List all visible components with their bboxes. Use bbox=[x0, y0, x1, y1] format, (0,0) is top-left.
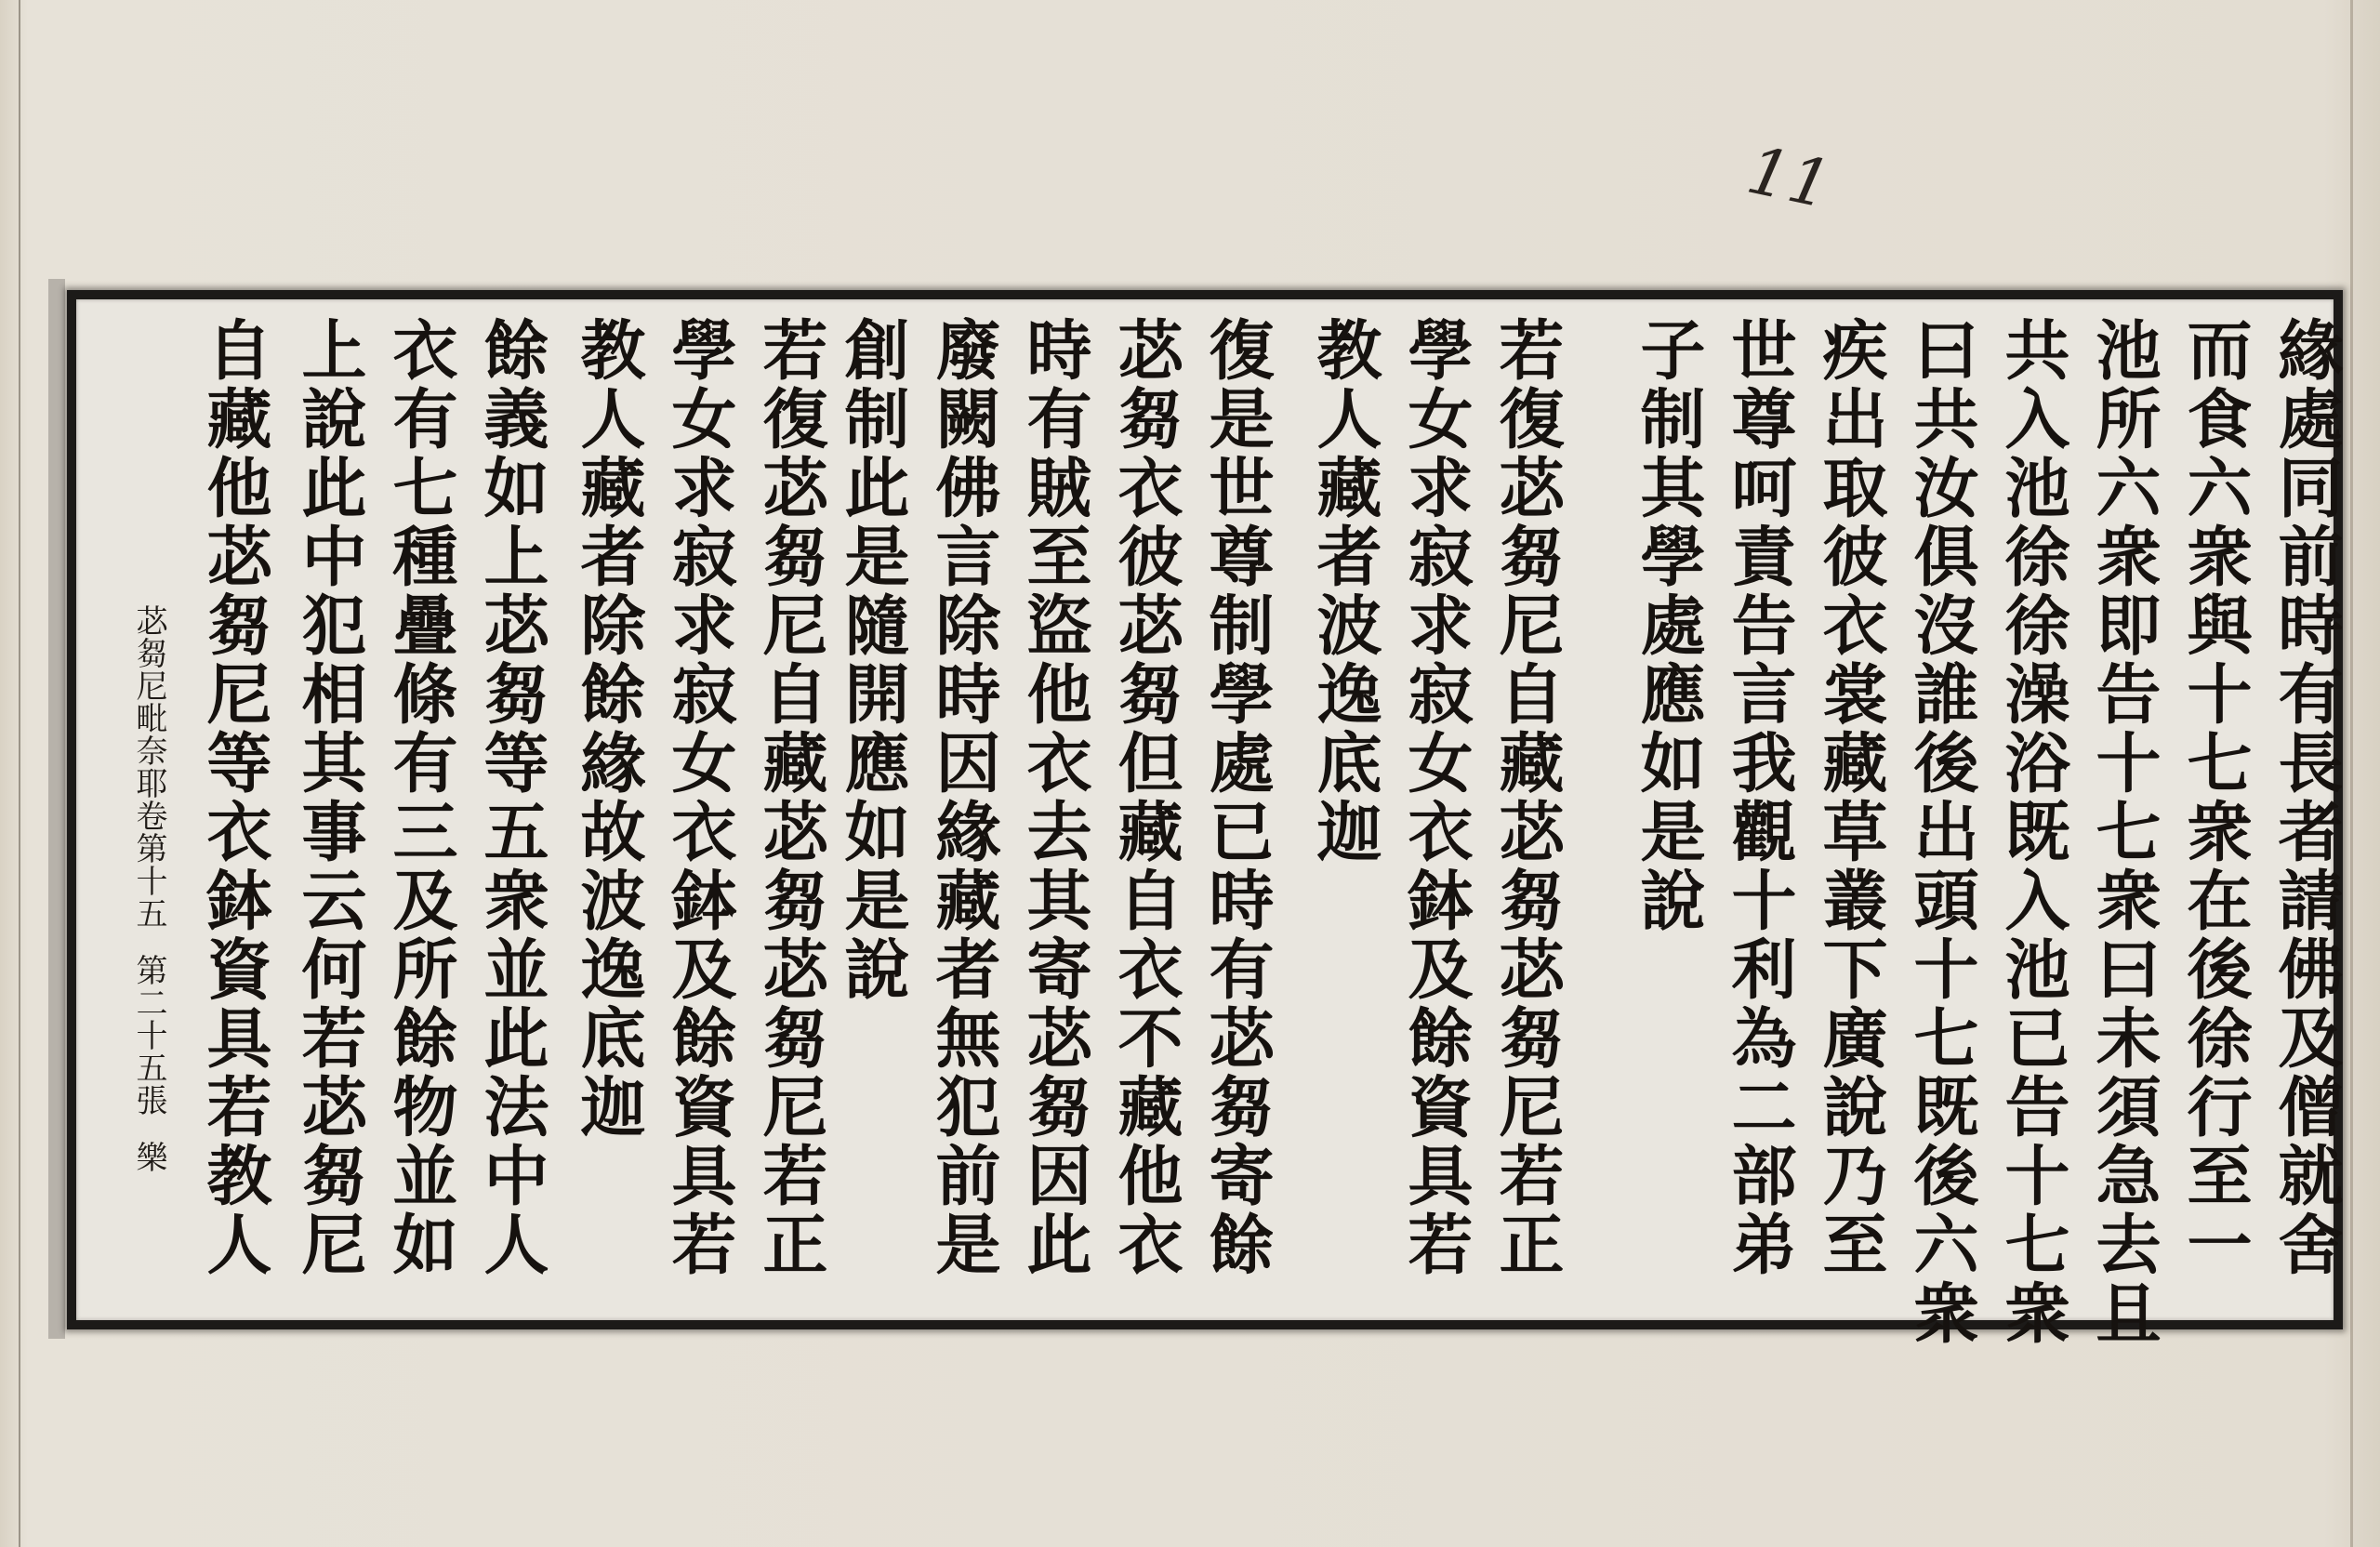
text-column: 教人藏者波逸底迦 bbox=[1307, 316, 1382, 866]
text-column: 餘義如上苾芻等五衆並此法中人 bbox=[474, 316, 549, 1279]
text-column: 共入池徐徐澡浴既入池已告十七衆 bbox=[1995, 316, 2069, 1348]
text-column: 自藏他苾芻尼等衣鉢資具若教人 bbox=[197, 316, 271, 1279]
text-column: 池所六衆即告十七衆曰未須急去且 bbox=[2086, 316, 2161, 1348]
text-column: 若復苾芻尼自藏苾芻苾芻尼若正 bbox=[1489, 316, 1564, 1279]
text-column: 曰共汝俱沒誰後出頭十七既後六衆 bbox=[1904, 316, 1978, 1348]
page-left-edge bbox=[19, 0, 20, 1547]
margin-note-page-label: 第二十五張 bbox=[130, 954, 167, 1117]
text-column: 學女求寂求寂女衣鉢及餘資具若 bbox=[1398, 316, 1473, 1279]
text-column: 學女求寂求寂女衣鉢及餘資具若 bbox=[662, 316, 736, 1279]
text-column: 疾出取彼衣裳藏草叢下廣說乃至 bbox=[1813, 316, 1887, 1279]
margin-note-carver: 樂 bbox=[130, 1141, 167, 1173]
text-column: 子制其學處應如是說 bbox=[1631, 316, 1705, 935]
text-column: 緣處同前時有長者請佛及僧就舍 bbox=[2268, 316, 2343, 1279]
text-column: 廢闕佛言除時因緣藏者無犯前是 bbox=[926, 316, 1000, 1279]
text-column: 苾芻衣彼苾芻但藏自衣不藏他衣 bbox=[1108, 316, 1183, 1279]
text-column: 復是世尊制學處已時有苾芻寄餘 bbox=[1199, 316, 1274, 1279]
text-column: 教人藏者除餘緣故波逸底迦 bbox=[571, 316, 645, 1142]
text-column: 創制此是隨開應如是說 bbox=[835, 316, 909, 1004]
margin-note-title: 苾芻尼毗奈耶卷第十五 bbox=[130, 604, 167, 930]
text-column: 時有賊至盜他衣去其寄苾芻因此 bbox=[1017, 316, 1091, 1279]
text-column: 世尊呵責告言我觀十利為二部弟 bbox=[1722, 316, 1796, 1279]
text-column: 衣有七種疊條有三及所餘物並如 bbox=[383, 316, 457, 1279]
margin-note: 苾芻尼毗奈耶卷第十五第二十五張樂 bbox=[130, 604, 167, 1173]
text-column: 若復苾芻尼自藏苾芻苾芻尼若正 bbox=[753, 316, 827, 1279]
text-column: 而食六衆與十七衆在後徐行至一 bbox=[2177, 316, 2252, 1279]
text-column: 上說此中犯相其事云何若苾芻尼 bbox=[292, 316, 366, 1279]
